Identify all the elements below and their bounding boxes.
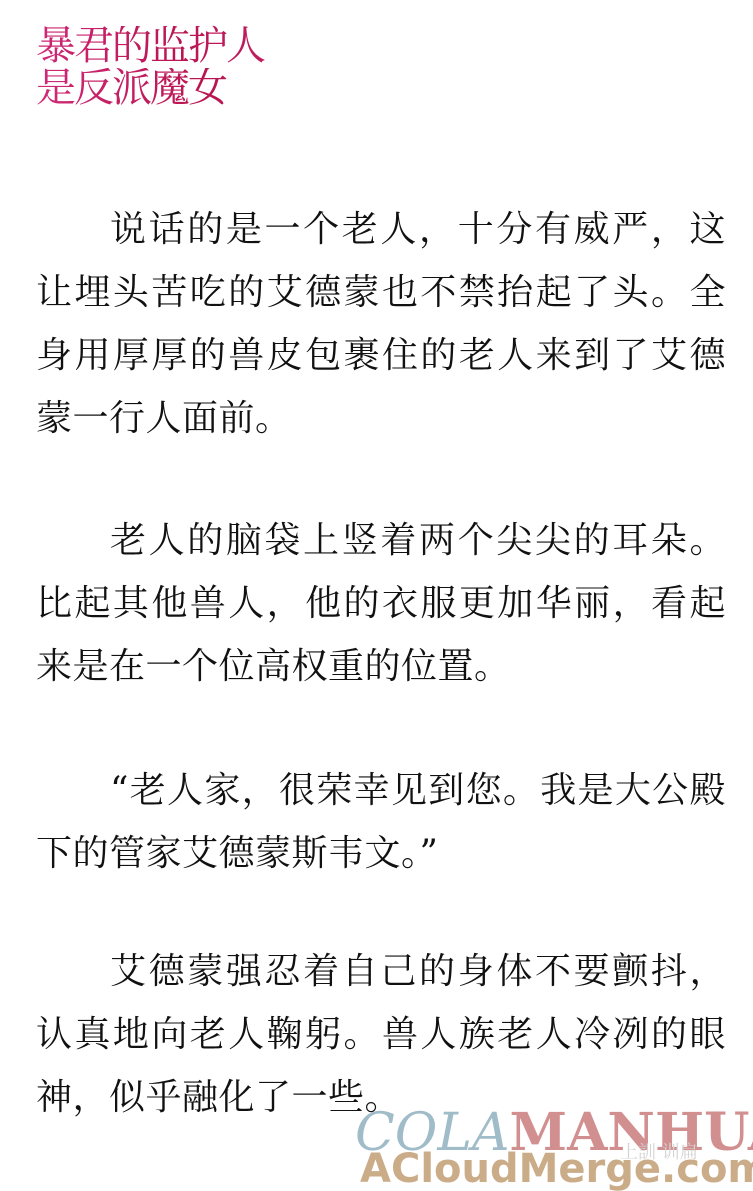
paragraph-4: 艾德蒙强忍着自己的身体不要颤抖，认真地向老人鞠躬。兽人族老人冷冽的眼神，似乎融化… (36, 940, 726, 1129)
logo-title-line2: 是反派魔女 (36, 68, 276, 108)
paragraph-1: 说话的是一个老人，十分有威严，这让埋头苦吃的艾德蒙也不禁抬起了头。全身用厚厚的兽… (36, 198, 726, 450)
logo-title-line1: 暴君的监护人 (36, 26, 276, 66)
comic-title-logo: 暴君的监护人 是反派魔女 (36, 26, 276, 108)
paragraph-2: 老人的脑袋上竖着两个尖尖的耳朵。比起其他兽人，他的衣服更加华丽，看起来是在一个位… (36, 509, 726, 698)
acloudmerge-watermark: ACloudMerge.com (360, 1146, 753, 1191)
paragraph-3: “老人家，很荣幸见到您。我是大公殿下的管家艾德蒙斯韦文。” (36, 759, 726, 885)
